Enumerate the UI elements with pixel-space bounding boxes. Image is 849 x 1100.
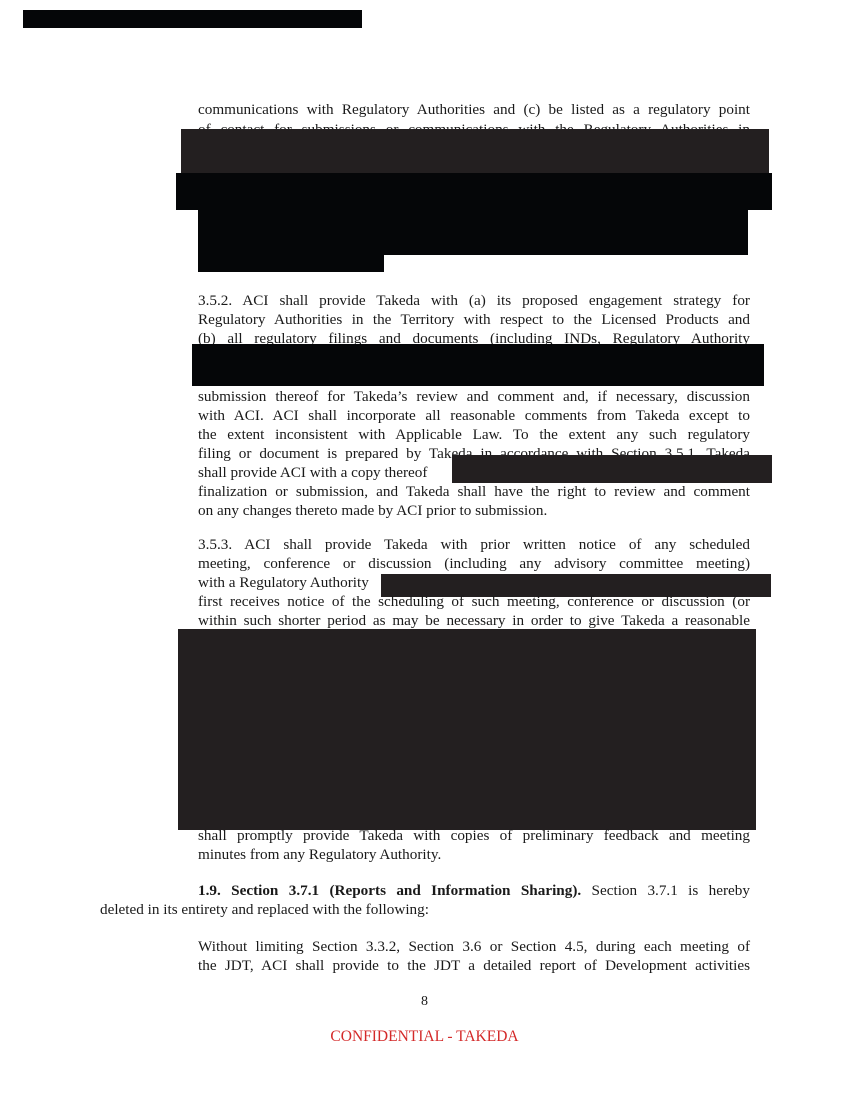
section-3-5-3-line: with a Regulatory Authority bbox=[198, 573, 369, 592]
page-number: 8 bbox=[0, 994, 849, 1010]
paragraph-line: communications with Regulatory Authoriti… bbox=[198, 100, 750, 119]
section-3-5-3-line: 3.5.3. ACI shall provide Takeda with pri… bbox=[198, 535, 750, 554]
redaction-block bbox=[176, 173, 772, 210]
section-3-5-2-line: the extent inconsistent with Applicable … bbox=[198, 425, 750, 444]
section-1-9-text: Section 3.7.1 is hereby bbox=[581, 882, 750, 899]
section-3-5-2-line: submission thereof for Takeda’s review a… bbox=[198, 387, 750, 406]
section-3-5-2-line: with ACI. ACI shall incorporate all reas… bbox=[198, 406, 750, 425]
section-3-5-2-line: on any changes thereto made by ACI prior… bbox=[198, 501, 547, 520]
redaction-block bbox=[198, 209, 748, 255]
section-3-5-3-line: shall promptly provide Takeda with copie… bbox=[198, 826, 750, 845]
replacement-text-line: the JDT, ACI shall provide to the JDT a … bbox=[198, 956, 750, 975]
redaction-block bbox=[192, 344, 764, 386]
section-3-5-3-line: first receives notice of the scheduling … bbox=[198, 592, 750, 611]
section-3-5-3-line: meeting, conference or discussion (inclu… bbox=[198, 554, 750, 573]
section-3-5-2-line: Regulatory Authorities in the Territory … bbox=[198, 310, 750, 329]
confidential-footer: CONFIDENTIAL - TAKEDA bbox=[0, 1028, 849, 1046]
section-1-9-heading: 1.9. Section 3.7.1 (Reports and Informat… bbox=[198, 882, 581, 899]
redaction-block bbox=[452, 455, 772, 483]
replacement-text-line: Without limiting Section 3.3.2, Section … bbox=[198, 937, 750, 956]
section-3-5-3-line: minutes from any Regulatory Authority. bbox=[198, 845, 441, 864]
redaction-block bbox=[198, 254, 384, 272]
section-1-9-heading-line: 1.9. Section 3.7.1 (Reports and Informat… bbox=[198, 881, 750, 900]
section-3-5-2-line: finalization or submission, and Takeda s… bbox=[198, 482, 750, 501]
section-3-5-2-line: shall provide ACI with a copy thereof bbox=[198, 463, 427, 482]
redaction-block bbox=[178, 629, 756, 830]
section-1-9-line: deleted in its entirety and replaced wit… bbox=[100, 900, 429, 919]
section-3-5-3-line: within such shorter period as may be nec… bbox=[198, 611, 750, 630]
header-redaction bbox=[23, 10, 362, 28]
section-3-5-2-line: 3.5.2. ACI shall provide Takeda with (a)… bbox=[198, 291, 750, 310]
